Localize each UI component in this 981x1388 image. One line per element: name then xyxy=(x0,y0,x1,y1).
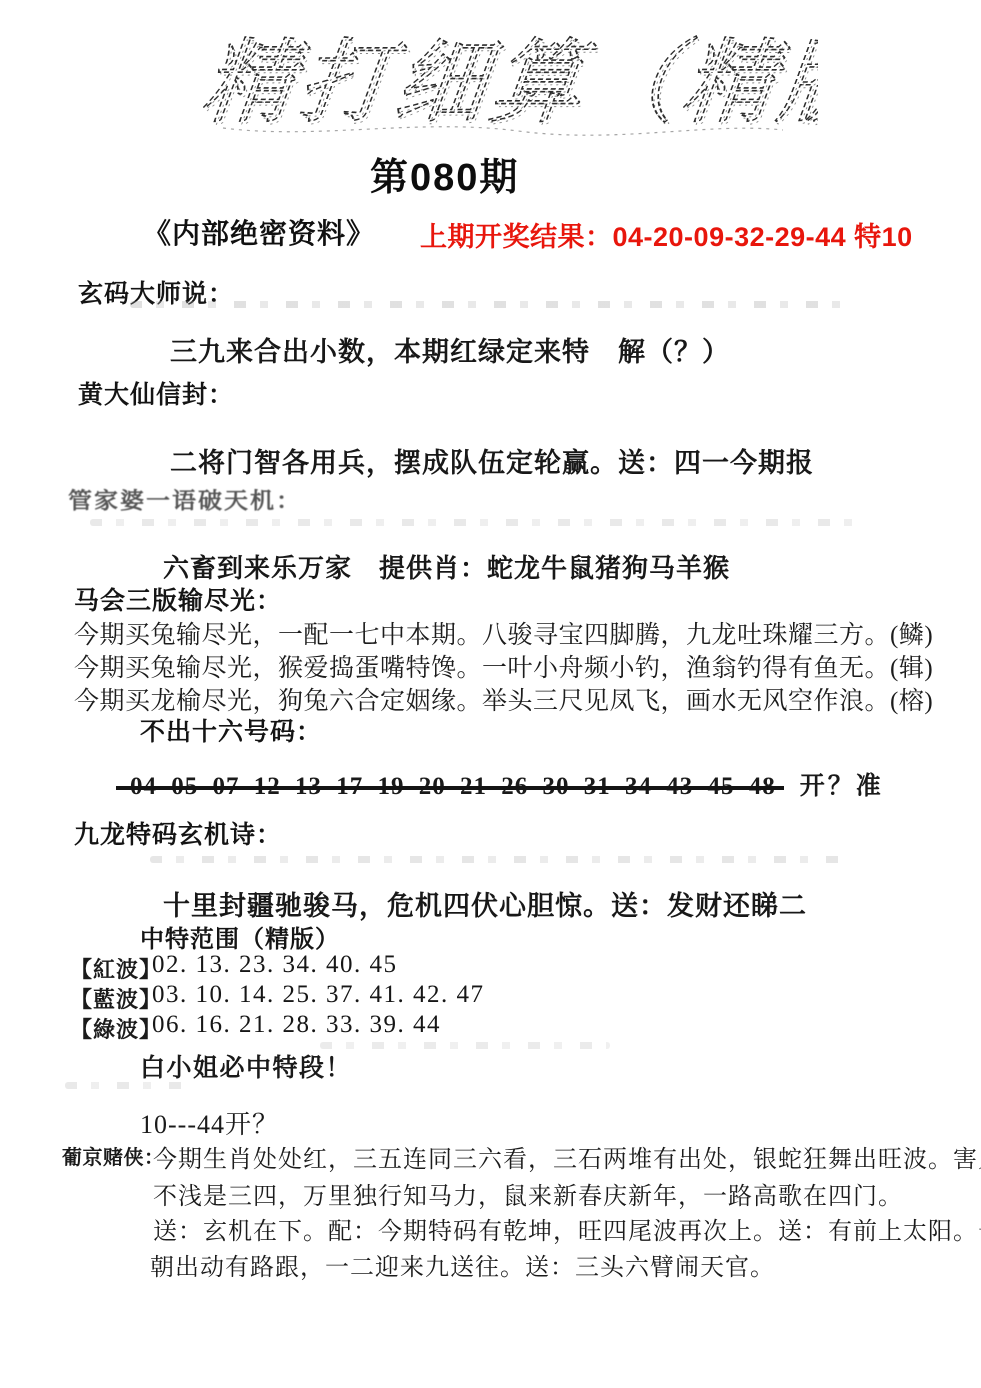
pujing-line: 不浅是三四，万里独行知马力，鼠来新春庆新年，一路高歌在四门。 xyxy=(153,1176,903,1211)
faded-erased-text-artifact xyxy=(150,856,850,863)
pujing-line: 朝出动有路跟，一二迎来九送往。送：三头六臂闹天官。 xyxy=(150,1247,775,1282)
mahui-line: 今期买兔输尽光，一配一七中本期。八骏寻宝四脚腾，九龙吐珠耀三方。(鳞) xyxy=(74,615,933,651)
green-wave-numbers: 06. 16. 21. 28. 33. 39. 44 xyxy=(152,1011,441,1039)
xuanma-poem: 三九来合出小数，本期红绿定来特 解（？） xyxy=(170,330,730,369)
jiulong-poem: 十里封疆驰骏马，危机四伏心胆惊。送：发财还睇二 xyxy=(163,884,807,923)
green-wave-label: 【綠波】 xyxy=(70,1013,162,1044)
pujing-label: 葡京赌侠： xyxy=(62,1141,165,1170)
issue-heading: 第080期 xyxy=(370,146,519,201)
baixiaojie-label: 白小姐必中特段！ xyxy=(140,1048,352,1084)
pujing-line: 送：玄机在下。配：今期特码有乾坤，旺四尾波再次上。送：有前上太阳。一 xyxy=(153,1211,981,1246)
jiulong-label: 九龙特码玄机诗： xyxy=(74,815,282,851)
mahui-line: 今期买兔输尽光，猴爱捣蛋嘴特馋。一叶小舟频小钓，渔翁钓得有鱼无。(辑) xyxy=(74,648,933,684)
faded-erased-text-artifact xyxy=(90,519,870,526)
pujing-line: 今期生肖处处红，三五连同三六看，三石两堆有出处，银蛇狂舞出旺波。害人 xyxy=(153,1139,981,1174)
faded-erased-text-artifact xyxy=(130,301,850,308)
red-wave-numbers: 02. 13. 23. 34. 40. 45 xyxy=(152,951,398,979)
last-draw-result: 上期开奖结果：04-20-09-32-29-44 特10 xyxy=(420,215,913,254)
scanned-lottery-sheet: 精打细算（精版） 精打细算（精版） 第080期 《内部绝密资料》 上期开奖结果：… xyxy=(0,0,981,1388)
sixteen-numbers-row: 04 05 07 12 13 17 19 20 21 26 30 31 34 4… xyxy=(130,766,884,802)
liuxiao-poem: 六畜到来乐万家 提供肖：蛇龙牛鼠猪狗马羊猴 xyxy=(163,548,730,585)
blue-wave-label: 【藍波】 xyxy=(70,983,162,1014)
source-label: 《内部绝密资料》 xyxy=(143,212,375,252)
calligraphy-title-art: 精打细算（精版） 精打细算（精版） xyxy=(168,18,818,150)
mahui-label: 马会三版输尽光： xyxy=(74,581,282,617)
calligraphy-title-echo: 精打细算（精版） xyxy=(194,35,818,138)
sixteen-numbers-label: 不出十六号码： xyxy=(140,712,322,748)
faded-erased-text-artifact xyxy=(320,1042,610,1049)
range-label: 中特范围（精版） xyxy=(140,919,340,954)
faded-erased-text-artifact xyxy=(65,1082,195,1089)
special-segment-value: 10---44开？ xyxy=(140,1104,279,1141)
guanjiapo-label-smudged: 管家婆一语破天机： xyxy=(68,482,302,515)
huangdaxian-poem: 二将门智各用兵，摆成队伍定轮赢。送：四一今期报 xyxy=(170,441,814,480)
red-wave-label: 【紅波】 xyxy=(70,953,162,984)
excluded-numbers-struck: 04 05 07 12 13 17 19 20 21 26 30 31 34 4… xyxy=(130,773,776,801)
huangdaxian-label: 黄大仙信封： xyxy=(78,375,234,411)
verdict-text: 开？准 xyxy=(800,766,884,802)
blue-wave-numbers: 03. 10. 14. 25. 37. 41. 42. 47 xyxy=(152,981,485,1009)
